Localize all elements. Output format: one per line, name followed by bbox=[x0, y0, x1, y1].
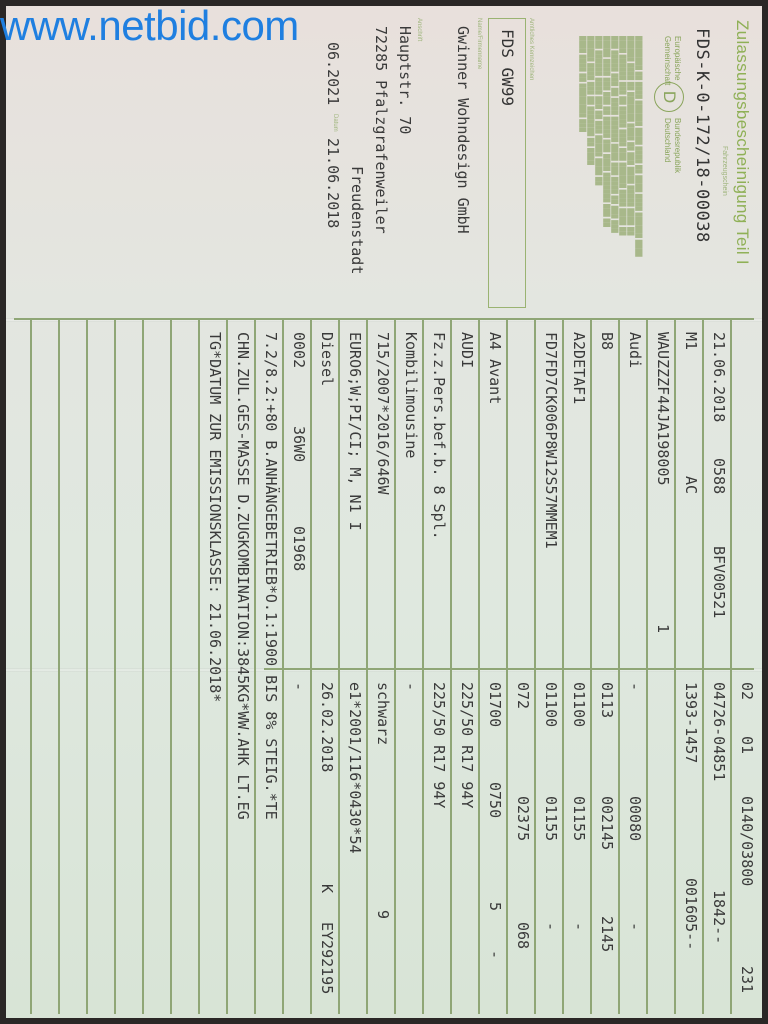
row-line bbox=[479, 318, 481, 1014]
row-line bbox=[59, 318, 61, 1014]
emission-regulation: 715/2007*2016/646W bbox=[374, 332, 392, 495]
vin: WAUZZZF44JA198005 bbox=[654, 332, 672, 486]
vehicle-class: M1 bbox=[682, 332, 700, 350]
authority: Freudenstadt bbox=[348, 166, 366, 274]
displacement: 01968 bbox=[290, 526, 308, 571]
dimensions-2: 1393-1457 bbox=[682, 682, 700, 763]
row-line bbox=[115, 318, 117, 1014]
emission-code: 36W0 bbox=[290, 426, 308, 462]
license-plate-box: FDS GW99 bbox=[488, 18, 526, 308]
row-line bbox=[703, 318, 705, 1014]
check-digit: 1 bbox=[654, 624, 672, 633]
netbid-watermark: www.netbid.com bbox=[0, 2, 768, 50]
dimensions-1: 04726-04851 bbox=[710, 682, 728, 781]
field-value: - bbox=[402, 682, 420, 691]
field-value: 01155 bbox=[542, 796, 560, 841]
body-type: Kombilimousine bbox=[402, 332, 420, 458]
first-registration: 21.06.2018 bbox=[710, 332, 728, 422]
paper-background: Zulassungsbescheinigung Teil I Fahrzeugs… bbox=[6, 6, 762, 1018]
row-line bbox=[619, 318, 621, 1014]
row-line bbox=[311, 318, 313, 1014]
variant: A2DETAF1 bbox=[570, 332, 588, 404]
field-value: 0113 bbox=[598, 682, 616, 718]
field-value: 002145 bbox=[598, 796, 616, 850]
field-value: - bbox=[290, 682, 308, 691]
field-value: 01155 bbox=[570, 796, 588, 841]
row-line bbox=[283, 318, 285, 1014]
manufacturer-code: 0588 bbox=[710, 458, 728, 494]
type: B8 bbox=[598, 332, 616, 350]
remarks-line-3: TG*DATUM ZUR EMISSIONSKLASSE: 21.06.2018… bbox=[206, 332, 224, 702]
remarks-line-1: 7.2/8.2:+80 B.ANHÄNGEBETRIEB*O.1:1900 BI… bbox=[262, 332, 280, 820]
dimensions-1b: 1842-- bbox=[710, 890, 728, 944]
row-line bbox=[87, 318, 89, 1014]
row-line bbox=[171, 318, 173, 1014]
row-line bbox=[507, 318, 509, 1014]
country-d-icon: D bbox=[654, 82, 684, 112]
make: Audi bbox=[626, 332, 644, 368]
country-label: Bundesrepublik Deutschland bbox=[662, 118, 682, 173]
field-value: 072 bbox=[514, 682, 532, 709]
dimensions-2b: 001605-- bbox=[682, 878, 700, 950]
row-line bbox=[199, 318, 201, 1014]
approval-date: 26.02.2018 bbox=[318, 682, 336, 772]
k-label: K bbox=[318, 884, 336, 893]
emission-class: EURO6;W;PI/CI; M, N1 I bbox=[346, 332, 364, 531]
document-subtitle: Fahrzeugschein bbox=[721, 146, 728, 196]
field-value: 01100 bbox=[570, 682, 588, 727]
next-inspection: 06.2021 bbox=[324, 42, 342, 105]
row-line bbox=[451, 318, 453, 1014]
field-value: 0750 bbox=[486, 782, 504, 818]
document-number: FDS-K-0-172/18-00038 bbox=[692, 28, 712, 243]
row-line bbox=[591, 318, 593, 1014]
tyre-size-2: 225/50 R17 94Y bbox=[430, 682, 448, 808]
field-value: 00080 bbox=[626, 796, 644, 841]
manufacturer: AUDI bbox=[458, 332, 476, 368]
body-code: AC bbox=[682, 476, 700, 494]
panel-divider bbox=[264, 668, 754, 670]
holder-city: 72285 Pfalzgrafenweiler bbox=[372, 26, 390, 234]
row-line bbox=[255, 318, 257, 1014]
field-value: - bbox=[626, 682, 644, 691]
row-line bbox=[143, 318, 145, 1014]
fine-print-block: ████████ ██ ████ ██████ ████ ████ ██ ███… bbox=[578, 36, 642, 306]
issue-date-label: Datum bbox=[332, 114, 338, 132]
field-value: 5 bbox=[486, 902, 504, 911]
field-value: 01700 bbox=[486, 682, 504, 727]
document-title: Zulassungsbescheinigung Teil I bbox=[732, 20, 752, 265]
row-line bbox=[339, 318, 341, 1014]
remarks-line-2: CHN.ZUL.GES-MASSE D.ZUGKOMBINATION:3845K… bbox=[234, 332, 252, 820]
co2: 231 bbox=[738, 966, 756, 993]
row-line bbox=[675, 318, 677, 1014]
row-line bbox=[563, 318, 565, 1014]
field-value: - bbox=[626, 922, 644, 931]
fuel: Diesel bbox=[318, 332, 336, 386]
type-code: BFV00521 bbox=[710, 546, 728, 618]
holder-name: Gwinner Wohndesign GmbH bbox=[454, 26, 472, 234]
driven-axles: 01 bbox=[738, 736, 756, 754]
k-number: EY292195 bbox=[318, 922, 336, 994]
row-line bbox=[535, 318, 537, 1014]
row-line bbox=[423, 318, 425, 1014]
field-value: 02375 bbox=[514, 796, 532, 841]
field-value: - bbox=[486, 950, 504, 959]
tyre-size-1: 225/50 R17 94Y bbox=[458, 682, 476, 808]
model: A4 Avant bbox=[486, 332, 504, 404]
field-value: 2145 bbox=[598, 916, 616, 952]
fuel-code: 0002 bbox=[290, 332, 308, 368]
vehicle-category: Fz.z.Pers.bef.b. 8 Spl. bbox=[430, 332, 448, 540]
registration-document: Zulassungsbescheinigung Teil I Fahrzeugs… bbox=[0, 0, 768, 1024]
approval-number: e1*2001/116*0430*54 bbox=[346, 682, 364, 854]
version: FD7FD7CK006P8W12S57MMEM1 bbox=[542, 332, 560, 549]
panel-divider bbox=[14, 318, 754, 320]
color: schwarz bbox=[374, 682, 392, 745]
field-value: - bbox=[542, 922, 560, 931]
field-value: 068 bbox=[514, 922, 532, 949]
field-value: - bbox=[570, 922, 588, 931]
field-value: 01100 bbox=[542, 682, 560, 727]
row-line bbox=[227, 318, 229, 1014]
row-line bbox=[31, 318, 33, 1014]
color-code: 9 bbox=[374, 910, 392, 919]
row-line bbox=[367, 318, 369, 1014]
power: 0140/03800 bbox=[738, 796, 756, 886]
issue-date: 21.06.2018 bbox=[324, 138, 342, 228]
row-line bbox=[731, 318, 733, 1014]
row-line bbox=[647, 318, 649, 1014]
row-line bbox=[395, 318, 397, 1014]
axles: 02 bbox=[738, 682, 756, 700]
